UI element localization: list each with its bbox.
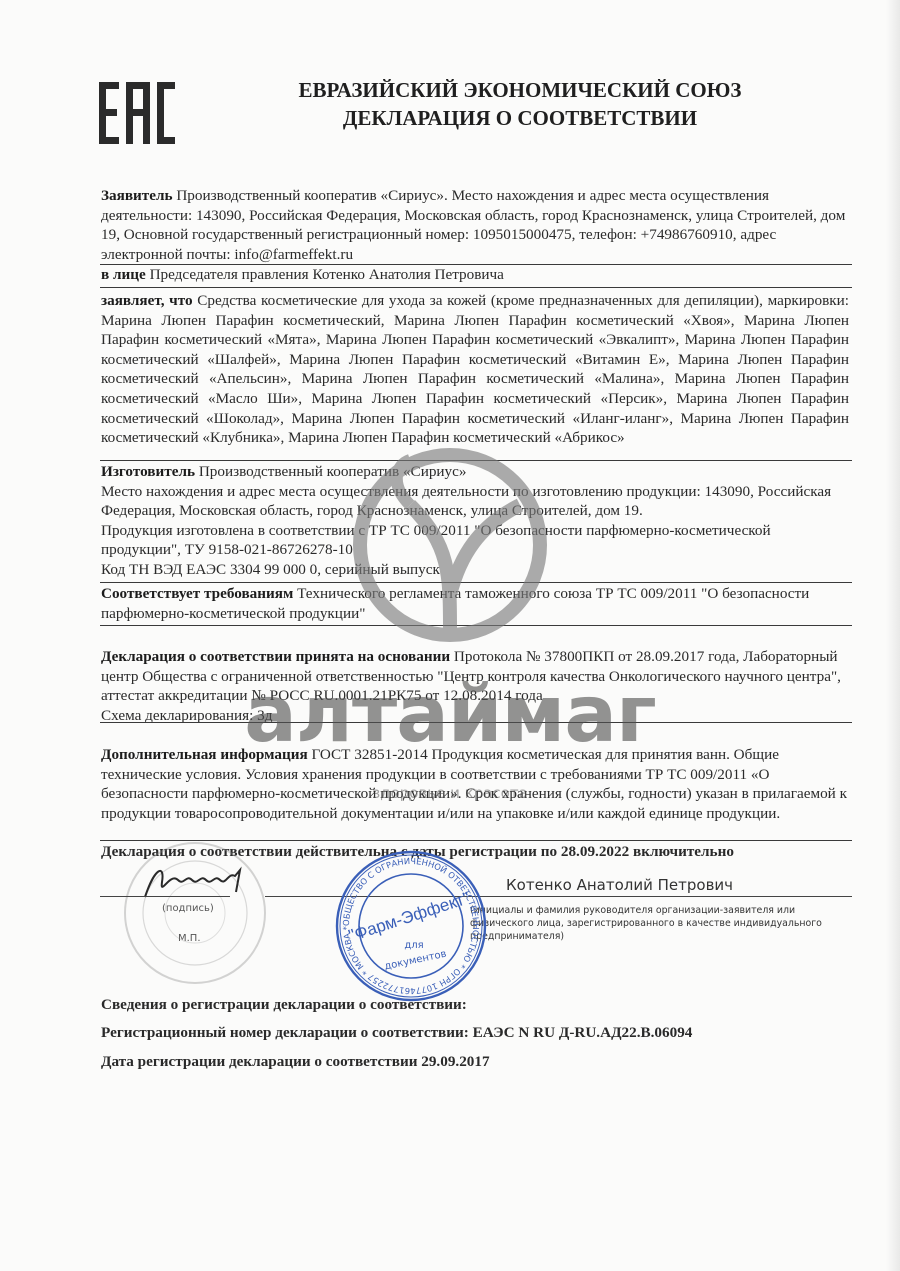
applicant-text: Производственный кооператив «Сириус». Ме… xyxy=(101,187,845,263)
declaration-title: ДЕКЛАРАЦИЯ О СООТВЕТСТВИИ xyxy=(230,104,810,132)
stamp-sub1: для xyxy=(404,940,423,951)
manufacturer-label: Изготовитель xyxy=(101,463,195,480)
registration-heading: Сведения о регистрации декларации о соот… xyxy=(101,996,467,1014)
represented-by-label: в лице xyxy=(101,266,146,283)
registration-number: Регистрационный номер декларации о соотв… xyxy=(101,1024,692,1042)
stamp-center-text: "Фарм-Эффект" xyxy=(346,888,472,945)
divider xyxy=(100,287,852,288)
signature-line xyxy=(100,896,230,897)
represented-by-section: в лице Председателя правления Котенко Ан… xyxy=(101,265,849,285)
signatory-name: Котенко Анатолий Петрович xyxy=(506,876,733,894)
eac-logo-icon xyxy=(99,82,175,144)
declares-section: заявляет, что Средства косметические для… xyxy=(101,291,849,448)
seal-caption: М.П. xyxy=(178,933,201,944)
watermark-brand: алтаймаг xyxy=(230,676,670,754)
signature-caption: (подпись) xyxy=(162,903,214,914)
declares-text: Средства косметические для ухода за коже… xyxy=(101,292,849,446)
applicant-label: Заявитель xyxy=(101,187,173,204)
declares-label: заявляет, что xyxy=(101,292,193,309)
scan-edge-shadow xyxy=(886,0,900,1271)
applicant-section: Заявитель Производственный кооператив «С… xyxy=(101,186,849,264)
represented-by-text: Председателя правления Котенко Анатолия … xyxy=(150,266,504,283)
basis-label: Декларация о соответствии принята на осн… xyxy=(101,648,450,665)
conforms-label: Соответствует требованиям xyxy=(101,585,293,602)
signatory-caption: (инициалы и фамилия руководителя организ… xyxy=(470,904,830,943)
leaf-watermark-icon xyxy=(350,445,550,645)
watermark-tagline: здоровье и красота xyxy=(300,784,600,802)
registration-date: Дата регистрации декларации о соответств… xyxy=(101,1053,490,1071)
stamp-sub2: документов xyxy=(383,949,447,973)
company-stamp-icon: ОБЩЕСТВО С ОГРАНИЧЕННОЙ ОТВЕТСТВЕННОСТЬЮ… xyxy=(330,850,492,1002)
union-title: ЕВРАЗИЙСКИЙ ЭКОНОМИЧЕСКИЙ СОЮЗ xyxy=(230,76,810,104)
document-header: ЕВРАЗИЙСКИЙ ЭКОНОМИЧЕСКИЙ СОЮЗ ДЕКЛАРАЦИ… xyxy=(230,76,810,132)
